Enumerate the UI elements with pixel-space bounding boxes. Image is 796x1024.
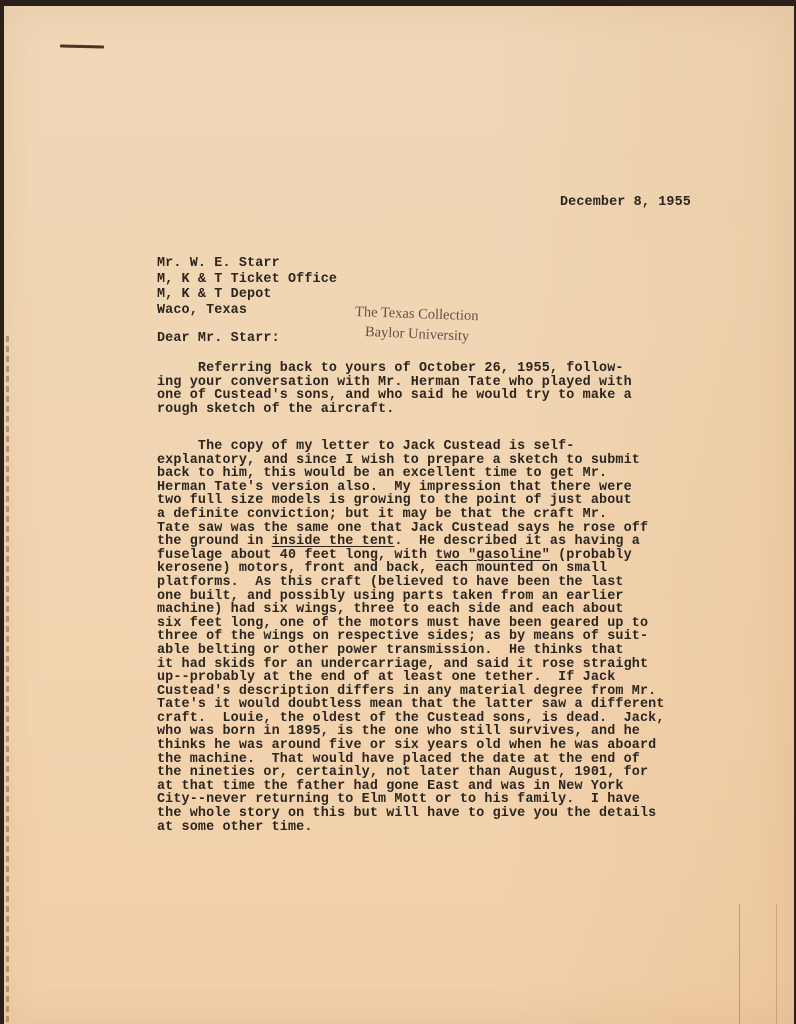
text-line: up--probably at the end of at least one … xyxy=(157,671,665,685)
paragraph-2: The copy of my letter to Jack Custead is… xyxy=(157,440,665,834)
text-line: fuselage about 40 feet long, with two "g… xyxy=(157,549,665,563)
recipient-line-3: M, K & T Depot xyxy=(157,287,337,303)
text-line: a definite conviction; but it may be tha… xyxy=(157,508,665,522)
text-line: at that time the father had gone East an… xyxy=(157,780,665,794)
paragraph-1: Referring back to yours of October 26, 1… xyxy=(157,362,632,416)
text-line: The copy of my letter to Jack Custead is… xyxy=(157,440,665,454)
recipient-city: Waco, Texas xyxy=(157,303,337,319)
text-line: craft. Louie, the oldest of the Custead … xyxy=(157,712,665,726)
archive-stamp: The Texas Collection Baylor University xyxy=(355,302,479,342)
staple-mark xyxy=(60,44,104,48)
salutation: Dear Mr. Starr: xyxy=(157,332,280,346)
text-line: back to him, this would be an excellent … xyxy=(157,467,665,481)
text-line: ing your conversation with Mr. Herman Ta… xyxy=(157,376,632,390)
recipient-line-2: M, K & T Ticket Office xyxy=(157,272,337,288)
fold-line xyxy=(739,904,740,1024)
torn-left-edge xyxy=(6,336,9,1024)
text-line: able belting or other power transmission… xyxy=(157,644,665,658)
recipient-name: Mr. W. E. Starr xyxy=(157,256,337,272)
text-line: the nineties or, certainly, not later th… xyxy=(157,766,665,780)
text-line: platforms. As this craft (believed to ha… xyxy=(157,576,665,590)
text-line: at some other time. xyxy=(157,821,665,835)
text-line: Tate's it would doubtless mean that the … xyxy=(157,698,665,712)
text-line: machine) had six wings, three to each si… xyxy=(157,603,665,617)
text-line: it had skids for an undercarriage, and s… xyxy=(157,658,665,672)
text-line: explanatory, and since I wish to prepare… xyxy=(157,454,665,468)
text-line: kerosene) motors, front and back, each m… xyxy=(157,562,665,576)
text-line: Herman Tate's version also. My impressio… xyxy=(157,481,665,495)
text-line: the whole story on this but will have to… xyxy=(157,807,665,821)
text-line: thinks he was around five or six years o… xyxy=(157,739,665,753)
text-line: six feet long, one of the motors must ha… xyxy=(157,617,665,631)
recipient-address: Mr. W. E. StarrM, K & T Ticket OfficeM, … xyxy=(157,256,337,318)
text-line: who was born in 1895, is the one who sti… xyxy=(157,725,665,739)
fold-line xyxy=(776,904,777,1024)
text-line: two full size models is growing to the p… xyxy=(157,494,665,508)
letter-date: December 8, 1955 xyxy=(560,196,691,210)
text-line: City--never returning to Elm Mott or to … xyxy=(157,793,665,807)
text-line: the machine. That would have placed the … xyxy=(157,753,665,767)
text-line: Tate saw was the same one that Jack Cust… xyxy=(157,522,665,536)
text-line: Custead's description differs in any mat… xyxy=(157,685,665,699)
text-line: three of the wings on respective sides; … xyxy=(157,630,665,644)
text-line: rough sketch of the aircraft. xyxy=(157,403,632,417)
text-line: one built, and possibly using parts take… xyxy=(157,590,665,604)
text-line: the ground in inside the tent. He descri… xyxy=(157,535,665,549)
text-line: Referring back to yours of October 26, 1… xyxy=(157,362,632,376)
text-line: one of Custead's sons, and who said he w… xyxy=(157,389,632,403)
